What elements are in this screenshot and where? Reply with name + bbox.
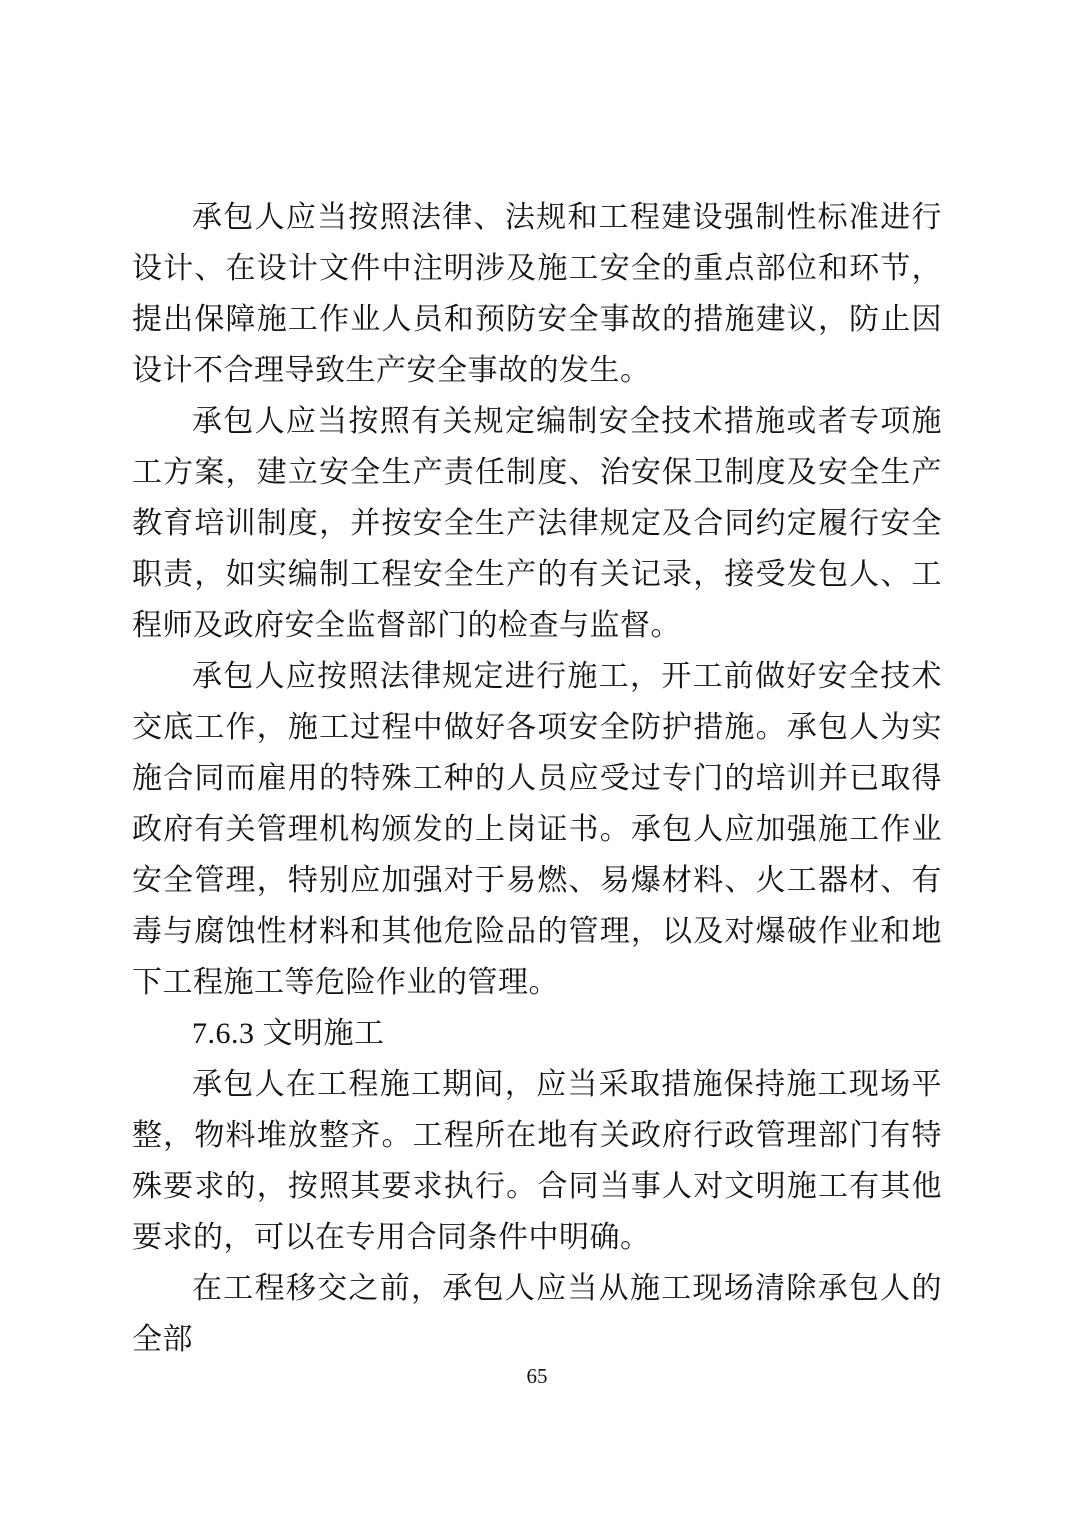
paragraph-design-safety: 承包人应当按照法律、法规和工程建设强制性标准进行设计、在设计文件中注明涉及施工安… (132, 192, 942, 396)
page-number: 65 (0, 1362, 1074, 1390)
page-body: 承包人应当按照法律、法规和工程建设强制性标准进行设计、在设计文件中注明涉及施工安… (132, 192, 942, 1365)
paragraph-safety-measures: 承包人应当按照有关规定编制安全技术措施或者专项施工方案，建立安全生产责任制度、治… (132, 396, 942, 651)
paragraph-civilized-construction: 承包人在工程施工期间，应当采取措施保持施工现场平整，物料堆放整齐。工程所在地有关… (132, 1059, 942, 1263)
paragraph-construction-safety-management: 承包人应按照法律规定进行施工，开工前做好安全技术交底工作，施工过程中做好各项安全… (132, 651, 942, 1008)
paragraph-site-clearance: 在工程移交之前，承包人应当从施工现场清除承包人的全部 (132, 1263, 942, 1365)
document-page: 承包人应当按照法律、法规和工程建设强制性标准进行设计、在设计文件中注明涉及施工安… (0, 0, 1074, 1520)
section-heading-7-6-3: 7.6.3 文明施工 (132, 1008, 942, 1059)
